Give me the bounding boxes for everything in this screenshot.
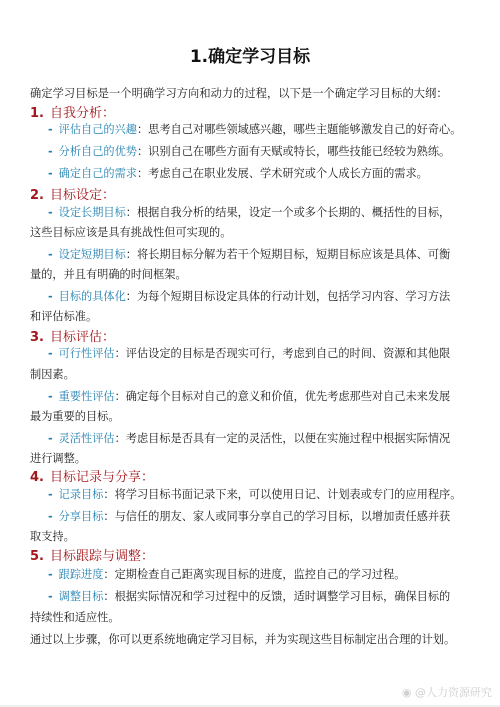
item-text-continued: 量的，并且有明确的时间框架。 <box>30 267 187 283</box>
list-item: -分析自己的优势：识别自己在哪些方面有天赋或特长，哪些技能已经较为熟练。 <box>48 144 450 160</box>
item-text: ：评估设定的目标是否现实可行，考虑到自己的时间、资源和其他限 <box>115 347 451 360</box>
item-text: ：将长期目标分解为若干个短期目标，短期目标应该是具体、可衡 <box>126 248 450 261</box>
item-text-continued: 和评估标准。 <box>30 309 97 325</box>
item-text: ：为每个短期目标设定具体的行动计划，包括学习内容、学习方法 <box>126 290 450 303</box>
item-label: 确定自己的需求 <box>59 167 137 180</box>
section-heading-3: 3.目标评估： <box>30 326 115 345</box>
dash-bullet-icon: - <box>48 390 53 403</box>
watermark-text: @人力资源研究 <box>415 686 492 699</box>
item-text: ：考虑自己在职业发展、学术研究或个人成长方面的需求。 <box>137 167 428 180</box>
weibo-logo-icon: ◉ <box>402 686 415 699</box>
list-item: -灵活性评估：考虑目标是否具有一定的灵活性，以便在实施过程中根据实际情况 <box>48 431 450 447</box>
item-label: 调整目标 <box>59 590 104 603</box>
item-text-continued: 取支持。 <box>30 529 75 545</box>
section-number: 3. <box>30 330 44 345</box>
item-label: 重要性评估 <box>59 390 115 403</box>
item-text-continued: 持续性和适应性。 <box>30 610 120 626</box>
item-label: 可行性评估 <box>59 347 115 360</box>
section-number: 2. <box>30 188 44 203</box>
section-title: 自我分析： <box>50 106 115 121</box>
item-text-continued: 进行调整。 <box>30 451 86 467</box>
watermark: ◉ @人力资源研究 <box>402 684 492 700</box>
dash-bullet-icon: - <box>48 290 53 303</box>
list-item: -分享目标：与信任的朋友、家人或同事分享自己的学习目标，以增加责任感并获 <box>48 509 450 525</box>
item-label: 分析自己的优势 <box>59 145 137 158</box>
intro-paragraph: 确定学习目标是一个明确学习方向和动力的过程，以下是一个确定学习目标的大纲： <box>30 85 448 101</box>
conclusion-paragraph: 通过以上步骤，你可以更系统地确定学习目标，并为实现这些目标制定出合理的计划。 <box>30 632 455 648</box>
dash-bullet-icon: - <box>48 248 53 261</box>
section-number: 5. <box>30 549 44 564</box>
section-title: 目标记录与分享： <box>50 470 154 485</box>
dash-bullet-icon: - <box>48 568 53 581</box>
list-item: -重要性评估：确定每个目标对自己的意义和价值，优先考虑那些对自己未来发展 <box>48 389 450 405</box>
list-item: -跟踪进度：定期检查自己距离实现目标的进度，监控自己的学习过程。 <box>48 567 406 583</box>
section-heading-2: 2.目标设定： <box>30 184 115 203</box>
section-heading-1: 1.自我分析： <box>30 102 115 121</box>
dash-bullet-icon: - <box>48 510 53 523</box>
item-label: 评估自己的兴趣 <box>59 123 137 136</box>
list-item: -设定长期目标：根据自我分析的结果，设定一个或多个长期的、概括性的目标， <box>48 205 450 221</box>
dash-bullet-icon: - <box>48 145 53 158</box>
dash-bullet-icon: - <box>48 432 53 445</box>
dash-bullet-icon: - <box>48 206 53 219</box>
item-label: 目标的具体化 <box>59 290 126 303</box>
item-text: ：根据自我分析的结果，设定一个或多个长期的、概括性的目标， <box>126 206 450 219</box>
dash-bullet-icon: - <box>48 167 53 180</box>
dash-bullet-icon: - <box>48 347 53 360</box>
list-item: -调整目标：根据实际情况和学习过程中的反馈，适时调整学习目标，确保目标的 <box>48 589 450 605</box>
section-title: 目标跟踪与调整： <box>50 549 154 564</box>
list-item: -目标的具体化：为每个短期目标设定具体的行动计划，包括学习内容、学习方法 <box>48 289 450 305</box>
item-text: ：考虑目标是否具有一定的灵活性，以便在实施过程中根据实际情况 <box>115 432 451 445</box>
section-number: 1. <box>30 106 44 121</box>
section-title: 目标评估： <box>50 330 115 345</box>
item-text-continued: 制因素。 <box>30 367 75 383</box>
list-item: -记录目标：将学习目标书面记录下来，可以使用日记、计划表或专门的应用程序。 <box>48 487 461 503</box>
item-text: ：确定每个目标对自己的意义和价值，优先考虑那些对自己未来发展 <box>115 390 451 403</box>
list-item: -设定短期目标：将长期目标分解为若干个短期目标，短期目标应该是具体、可衡 <box>48 247 450 263</box>
item-text: ：将学习目标书面记录下来，可以使用日记、计划表或专门的应用程序。 <box>103 488 461 501</box>
item-text: ：与信任的朋友、家人或同事分享自己的学习目标，以增加责任感并获 <box>103 510 450 523</box>
item-text: ：识别自己在哪些方面有天赋或特长，哪些技能已经较为熟练。 <box>137 145 450 158</box>
list-item: -确定自己的需求：考虑自己在职业发展、学术研究或个人成长方面的需求。 <box>48 166 428 182</box>
item-text: ：根据实际情况和学习过程中的反馈，适时调整学习目标，确保目标的 <box>103 590 450 603</box>
list-item: -评估自己的兴趣：思考自己对哪些领域感兴趣，哪些主题能够激发自己的好奇心。 <box>48 122 461 138</box>
list-item: -可行性评估：评估设定的目标是否现实可行，考虑到自己的时间、资源和其他限 <box>48 346 450 362</box>
section-title: 目标设定： <box>50 188 115 203</box>
section-number: 4. <box>30 470 44 485</box>
item-text: ：思考自己对哪些领域感兴趣，哪些主题能够激发自己的好奇心。 <box>137 123 461 136</box>
item-text-continued: 这些目标应该是具有挑战性但可实现的。 <box>30 225 231 241</box>
item-label: 设定长期目标 <box>59 206 126 219</box>
item-text-continued: 最为重要的目标。 <box>30 409 120 425</box>
section-heading-5: 5.目标跟踪与调整： <box>30 545 154 564</box>
item-label: 跟踪进度 <box>59 568 104 581</box>
item-label: 分享目标 <box>59 510 104 523</box>
section-heading-4: 4.目标记录与分享： <box>30 466 154 485</box>
item-label: 记录目标 <box>59 488 104 501</box>
dash-bullet-icon: - <box>48 488 53 501</box>
item-label: 灵活性评估 <box>59 432 115 445</box>
item-label: 设定短期目标 <box>59 248 126 261</box>
dash-bullet-icon: - <box>48 590 53 603</box>
page-title: 1.确定学习目标 <box>30 42 470 67</box>
dash-bullet-icon: - <box>48 123 53 136</box>
item-text: ：定期检查自己距离实现目标的进度，监控自己的学习过程。 <box>103 568 405 581</box>
